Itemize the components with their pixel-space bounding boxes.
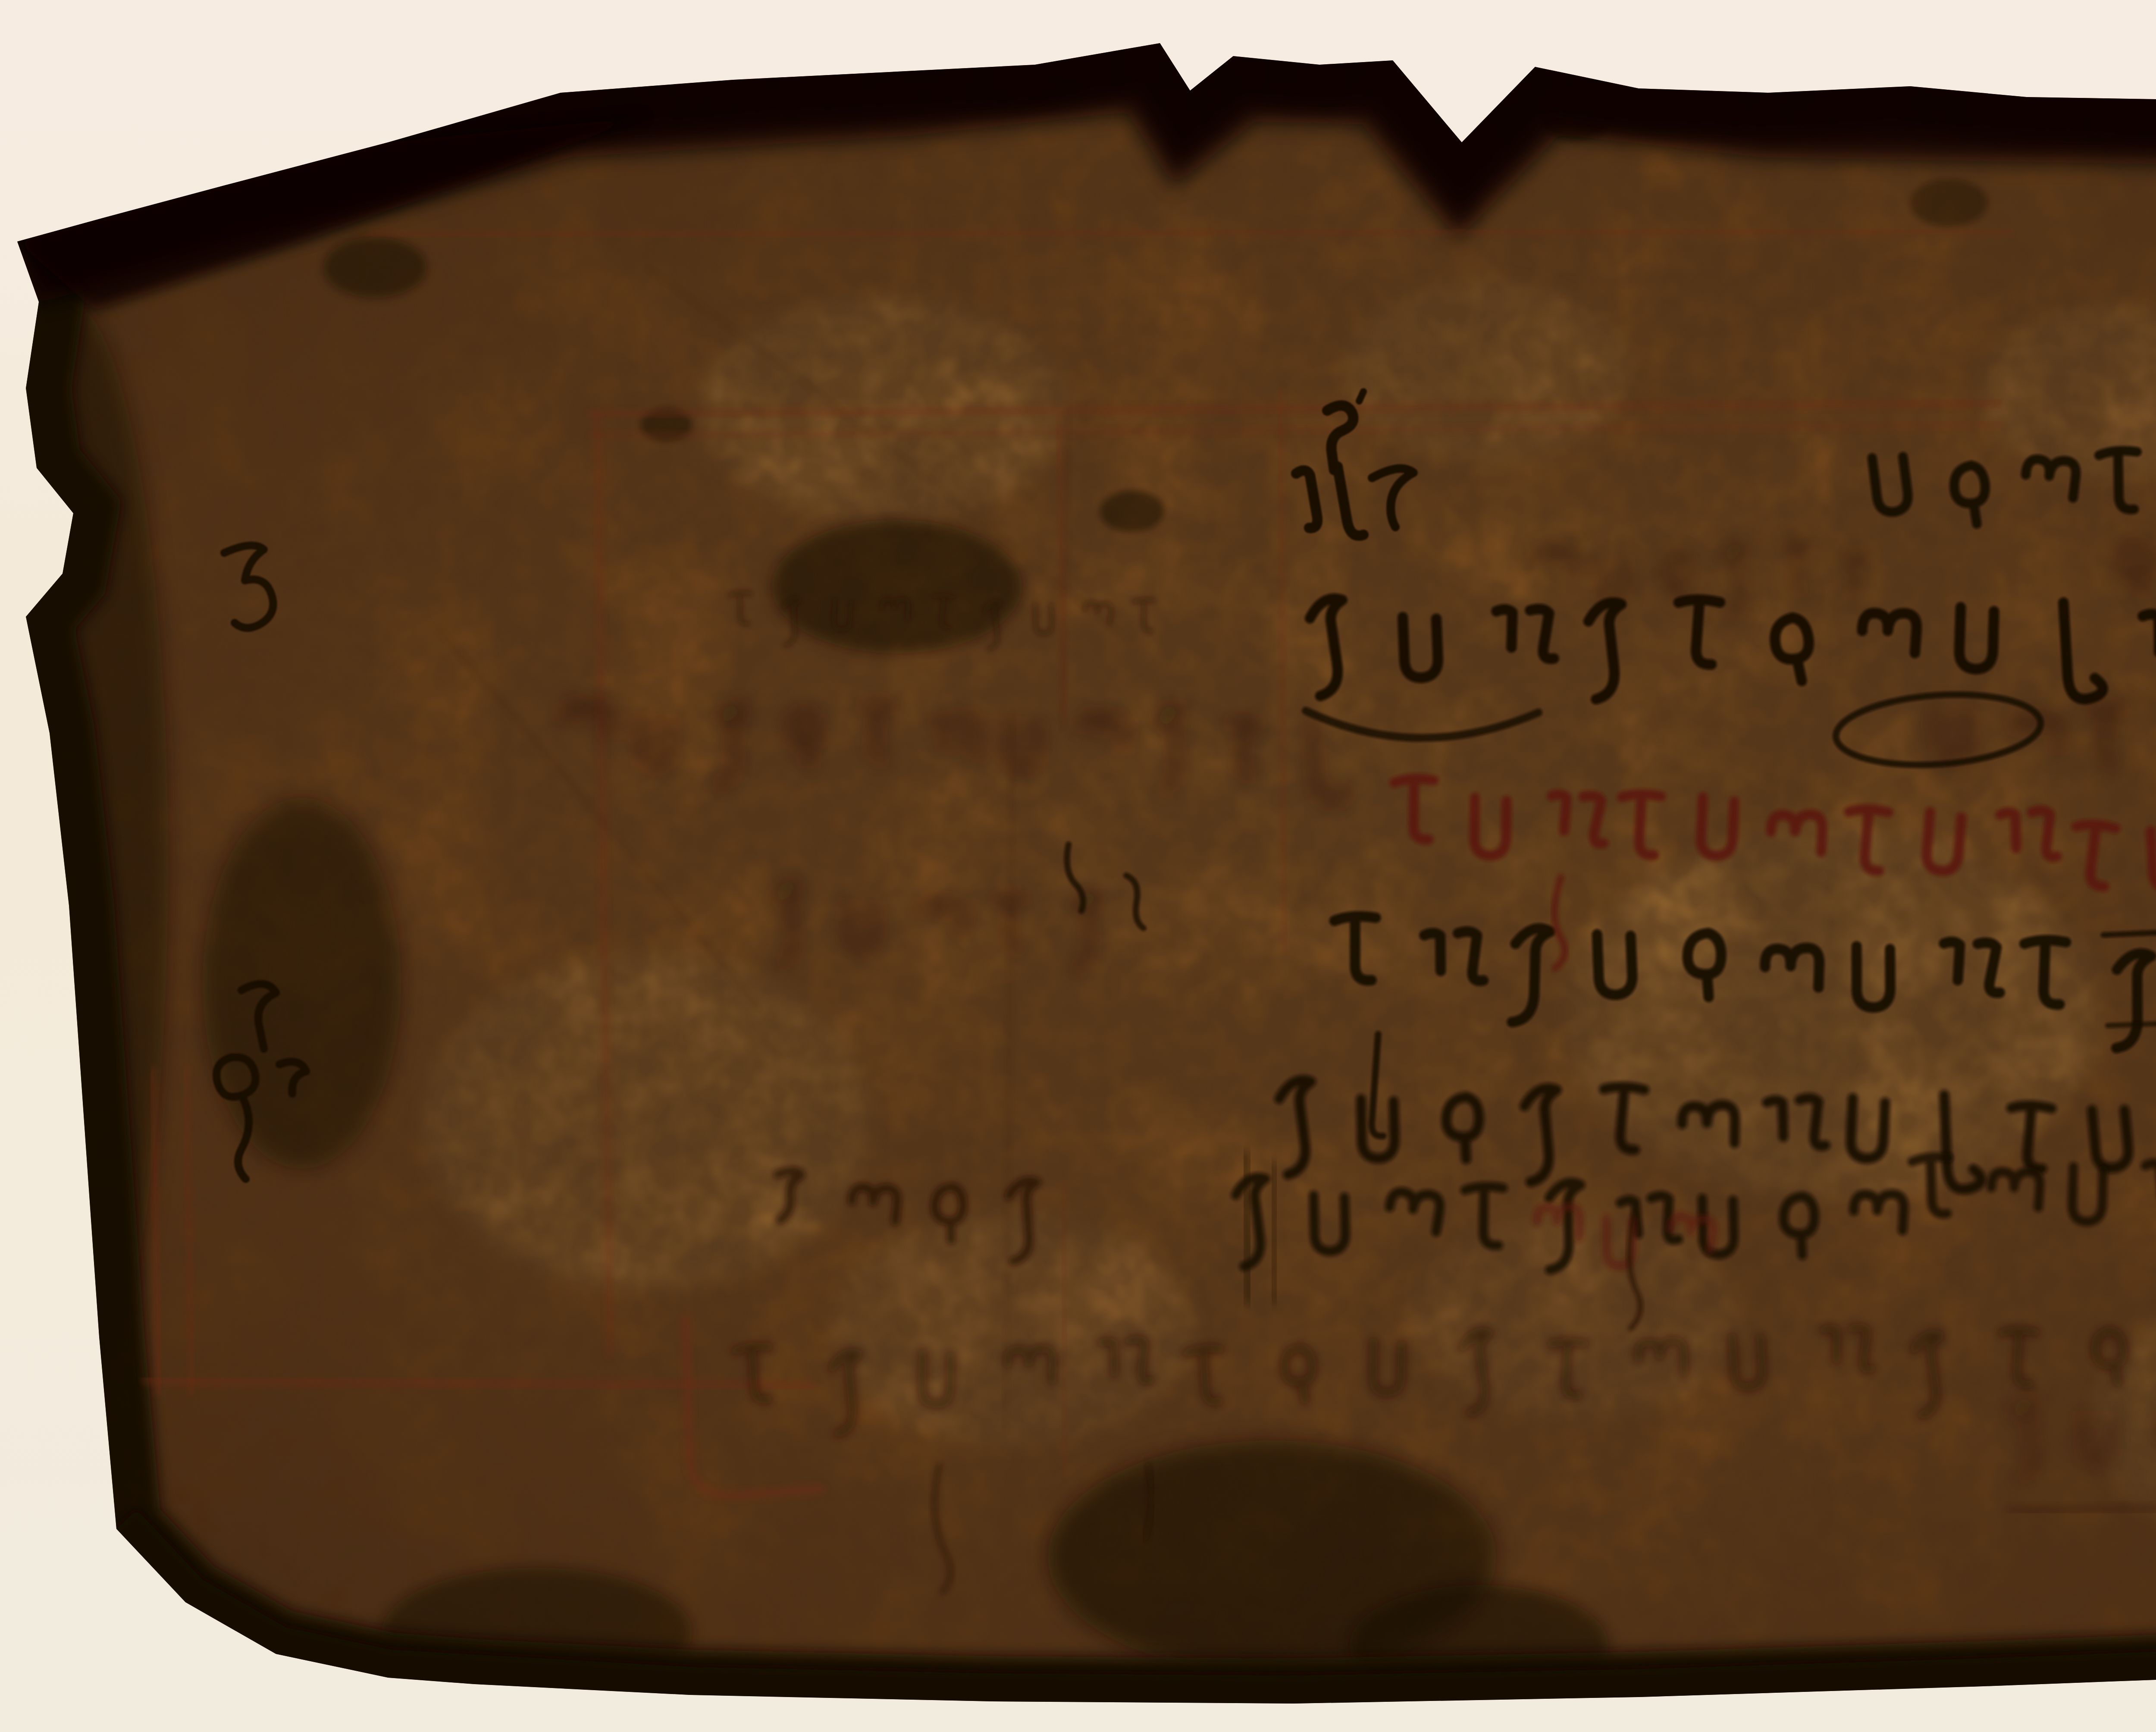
cursive-glyph: [2151, 831, 2156, 888]
photo-backdrop: Backlit photograph of a single torn, bro…: [0, 0, 2156, 1732]
manuscript-photo: [0, 0, 2156, 1732]
ink-streak-2: [1273, 1164, 1275, 1301]
ink-streak-1: [1245, 1155, 1249, 1301]
manuscript-sheet: [0, 0, 2156, 1732]
